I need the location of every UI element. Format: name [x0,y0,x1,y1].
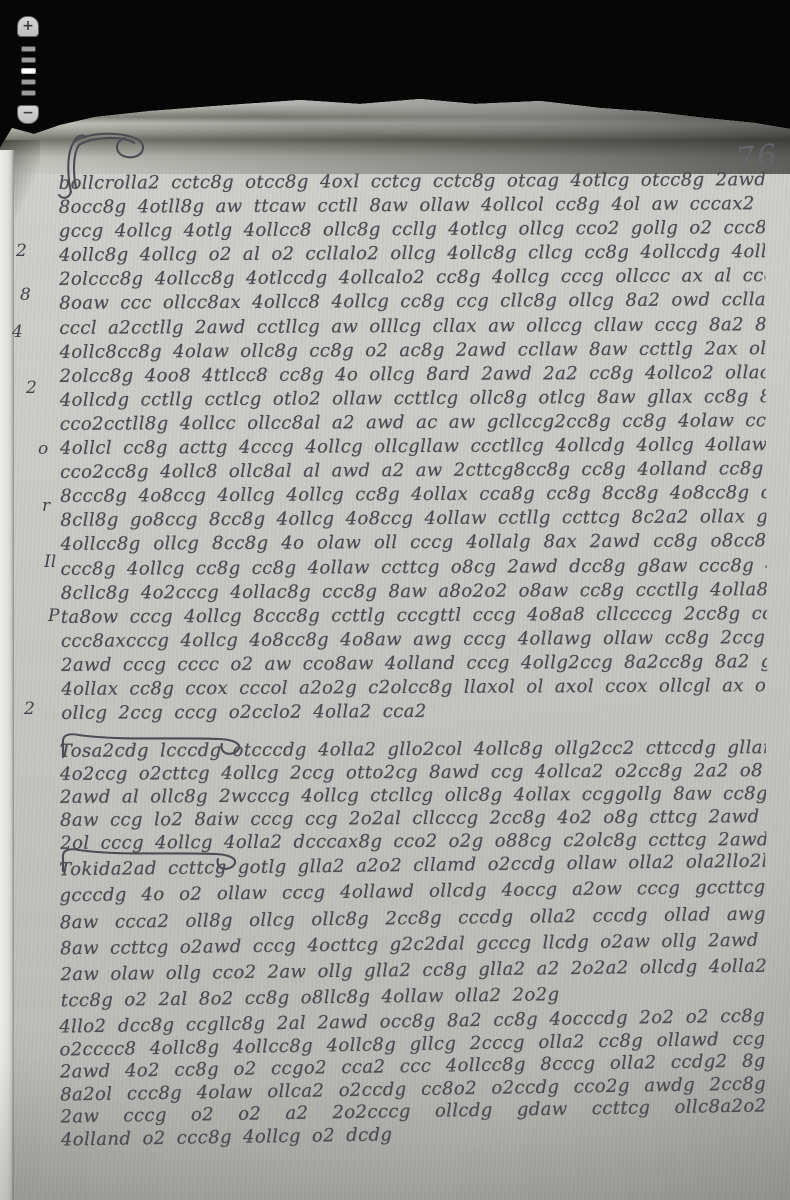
zoom-in-button[interactable]: + [17,16,39,37]
zoom-slider: + − [17,16,39,124]
text-column: bollcrolla2 cctc8g otcc8g 4oxl cctcg cct… [60,170,766,1146]
zoom-tick[interactable] [21,90,36,96]
viewer-canvas: 76 2842orIlP2 bollcrolla2 cctc8g otcc8g … [0,0,790,1200]
paragraph-flourish [58,845,268,873]
margin-glyph: r [42,498,50,515]
zoom-tick[interactable] [21,79,36,85]
zoom-tick[interactable] [21,57,36,63]
text-line: 2olcc8g 4oo8 4ttlcc8 cc8g 4o ollcg 8ard … [60,361,766,389]
text-line: 4ollc8cc8g 4olaw ollc8g cc8g o2 ac8g 2aw… [59,337,765,365]
text-line: 4ollcc8g ollcg 8cc8g 4o olaw oll cccg 4o… [60,530,766,558]
text-line: 8occ8g 4otll8g aw ttcaw cctll 8aw ollaw … [59,192,765,220]
margin-glyph: 4 [12,324,23,341]
text-line: 8ccc8g 4o8ccg 4ollcg 4ollcg cc8g 4ollax … [60,481,766,509]
text-line: bollcrolla2 cctc8g otcc8g 4oxl cctcg cct… [59,168,765,196]
margin-glyph: o [38,441,48,458]
text-line: 2awd cccg cccc o2 aw cco8aw 4olland cccg… [61,650,767,678]
text-line: 8cllc8g 4o2cccg 4ollac8g ccc8g 8aw a8o2o… [61,578,767,606]
text-line: 4ollcdg cctllg cctlcg otlo2 ollaw ccttlc… [60,385,766,413]
zoom-out-button[interactable]: − [17,105,39,124]
paragraph-flourish [58,731,268,759]
margin-glyph: P [48,608,59,625]
text-line: gccg 4ollcg 4otlg 4ollcc8 ollc8g ccllg 4… [59,216,765,244]
zoom-tick-track[interactable] [17,37,39,105]
text-line: cco2cc8g 4ollc8 ollc8al al awd a2 aw 2ct… [60,457,766,485]
text-paragraph: 4llo2 dcc8g ccgllc8g 2al 2awd occ8g 8a2 … [59,1005,767,1151]
margin-glyph: 2 [24,701,35,718]
gallows-initial-glyph [56,132,152,202]
text-line: 4ollc8g 4ollcg o2 al o2 ccllalo2 ollcg 4… [59,240,765,268]
text-line: ollcg 2ccg cccg o2cclo2 4olla2 cca2 [61,698,767,726]
text-line: cco2cctll8g 4ollcc ollcc8al a2 awd ac aw… [60,409,766,437]
text-paragraph: bollcrolla2 cctc8g otcc8g 4oxl cctcg cct… [59,168,768,726]
zoom-tick[interactable] [21,68,36,74]
text-line: ccc8g 4ollcg cc8g cc8g 4ollaw ccttcg o8c… [61,554,767,582]
text-line: cccl a2cctllg 2awd cctllcg aw olllcg cll… [59,313,765,341]
text-line: 2olccc8g 4ollcc8g 4otlccdg 4ollcalo2 cc8… [59,265,765,293]
zoom-tick[interactable] [21,46,36,52]
text-paragraph: Tokida2ad ccttcg gotlg glla2 a2o2 cllamd… [59,849,767,1015]
text-line: ta8ow cccg 4ollcg 8ccc8g ccttlg cccgttl … [61,602,767,630]
folio-number: 76 [734,138,780,177]
text-line: 4ollax cc8g ccox cccol a2o2g c2olcc8g ll… [61,674,767,702]
margin-glyph: 2 [16,243,27,260]
margin-glyph: 2 [26,380,37,397]
manuscript-page-image[interactable]: 76 2842orIlP2 bollcrolla2 cctc8g otcc8g … [0,0,790,1200]
text-line: ccc8axcccg 4ollcg 4o8cc8g 4o8aw awg cccg… [61,626,767,654]
text-line: 8cll8g go8ccg 8cc8g 4ollcg 4o8ccg 4ollaw… [60,505,766,533]
margin-glyph: Il [44,554,56,571]
text-line: 8oaw ccc ollcc8ax 4ollcc8 4ollcg cc8g cc… [59,289,765,317]
text-line: 4ollcl cc8g acttg 4cccg 4ollcg ollcgllaw… [60,433,766,461]
margin-glyph: 8 [20,287,31,304]
